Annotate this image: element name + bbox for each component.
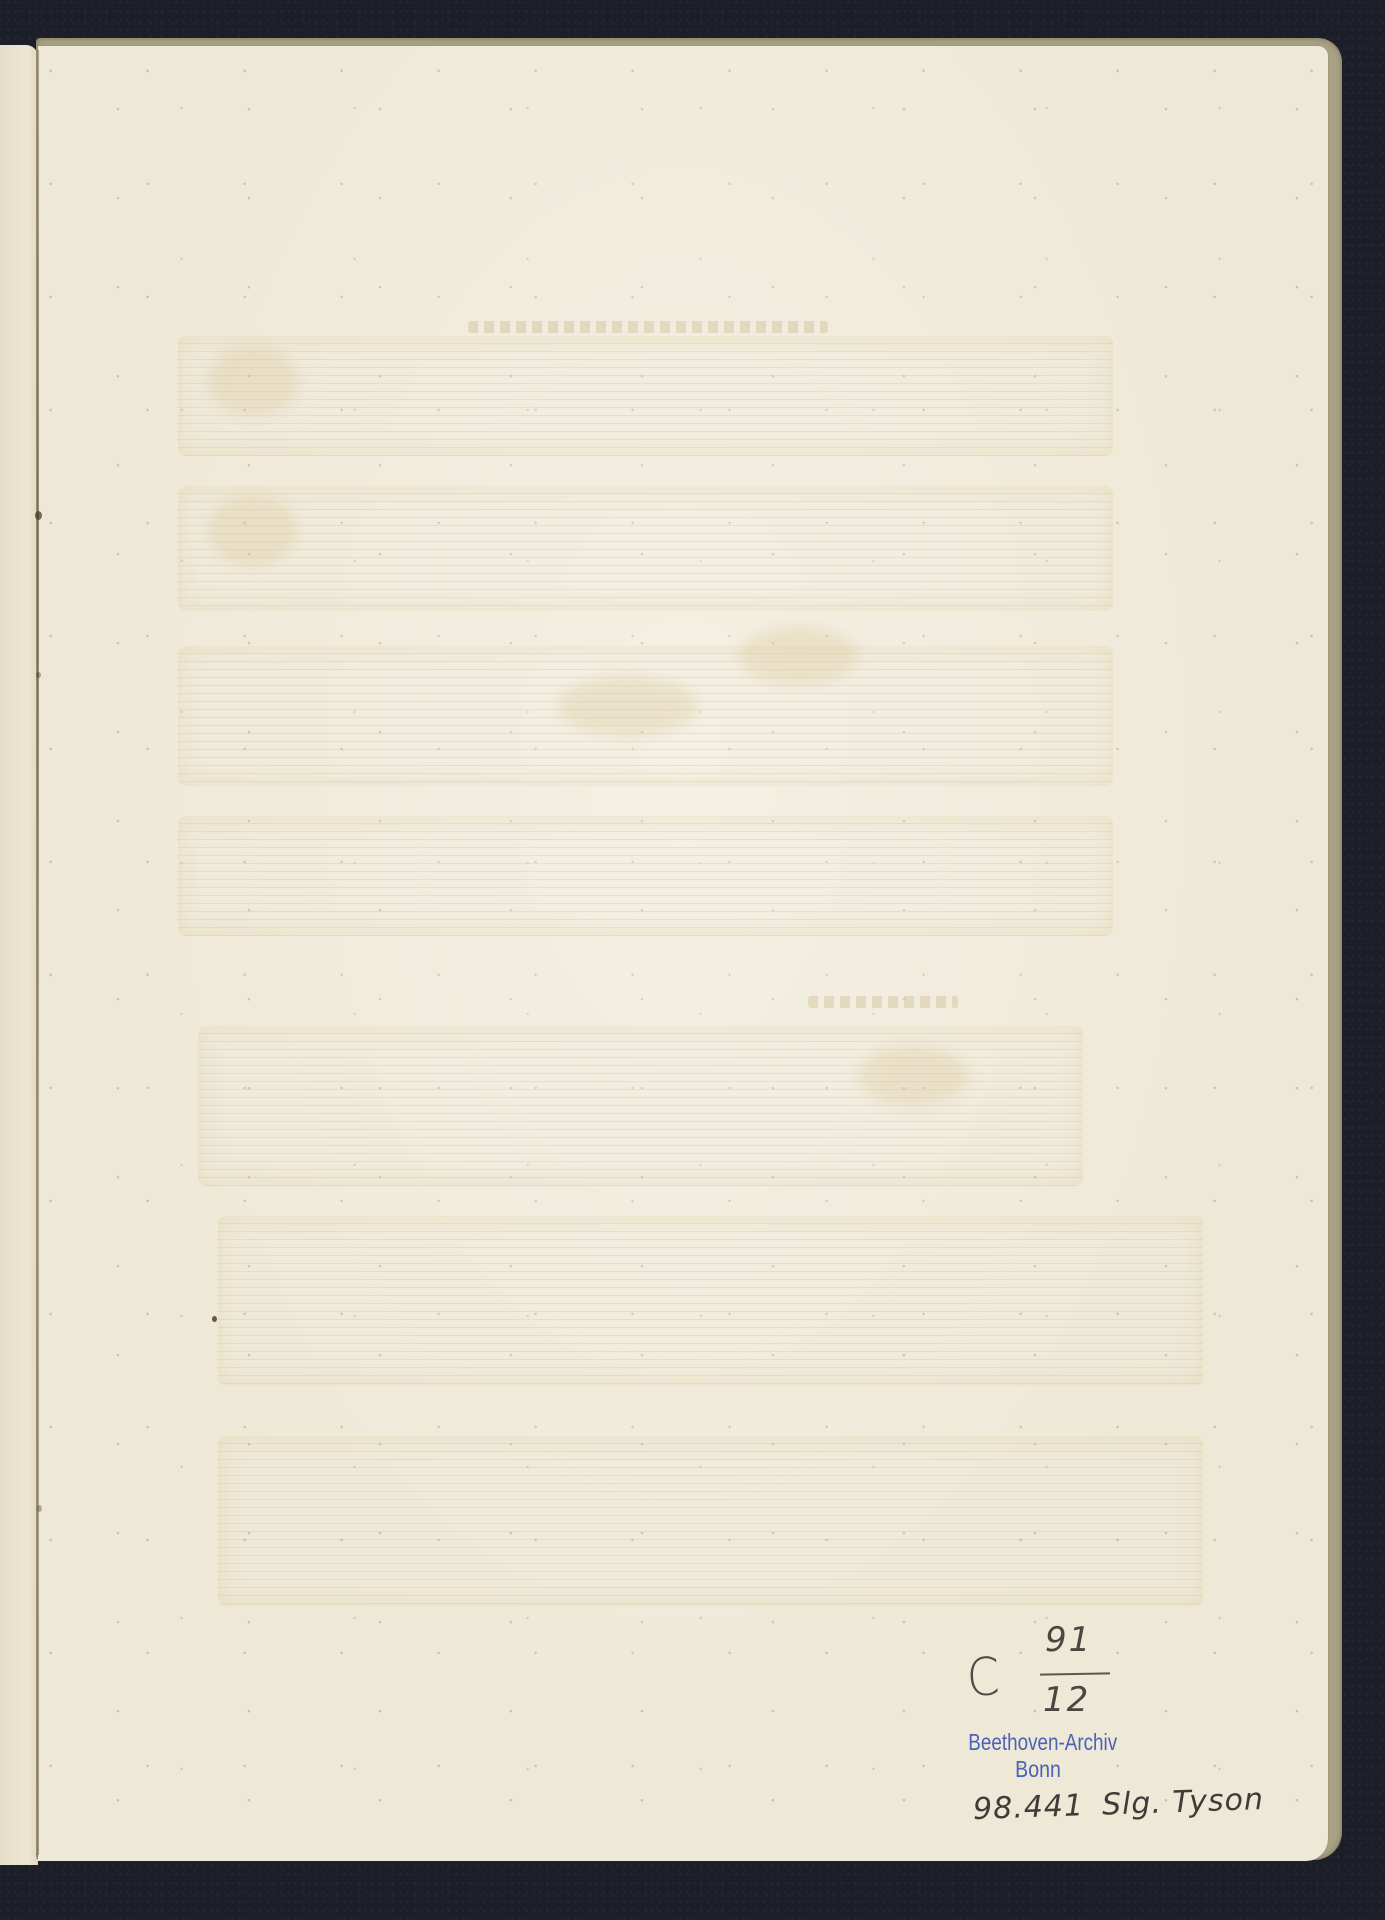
archive-annotations: C 91 12 Beethoven-Archiv Bonn 98.441Slg.… [935,1610,1235,1840]
stamp-archive-name: Beethoven-Archiv [968,1730,1107,1755]
bleed-through-tempo [808,996,958,1008]
binding-fold [37,50,39,1855]
facing-page-edge [0,45,38,1865]
stamp-city: Bonn [966,1757,1111,1782]
shelfmark-denominator: 12 [1043,1680,1090,1720]
bleed-through-staff [178,486,1113,611]
bleed-through-staff [178,336,1113,456]
archive-stamp: Beethoven-Archiv Bonn [953,1730,1123,1783]
bleed-through-staff [178,646,1113,786]
bleed-through-staff [198,1026,1083,1186]
shelfmark-numerator: 91 [1045,1620,1092,1660]
bleed-through-notes [738,626,858,686]
collection-name: Slg. Tyson [1101,1782,1264,1823]
bleed-through-clef [208,496,298,566]
shelfmark-fraction-bar [1040,1672,1110,1675]
bleed-through-notes [858,1046,968,1106]
ink-speck [212,1316,217,1322]
bleed-through-staff [218,1436,1203,1606]
bleed-through-heading [468,321,828,333]
bleed-through-clef [208,346,298,416]
stitch-hole [35,511,42,520]
stitch-hole [37,1505,42,1512]
bleed-through-notes [558,676,698,736]
accession-number: 98.441 [972,1788,1084,1827]
accession-note: 98.441Slg. Tyson [972,1782,1264,1827]
bleed-through-staff [218,1216,1203,1386]
shelfmark-letter: C [965,1647,1000,1709]
stitch-hole [36,672,41,678]
bleed-through-music [38,46,1328,1861]
bleed-through-staff [178,816,1113,936]
document-page [38,46,1328,1861]
